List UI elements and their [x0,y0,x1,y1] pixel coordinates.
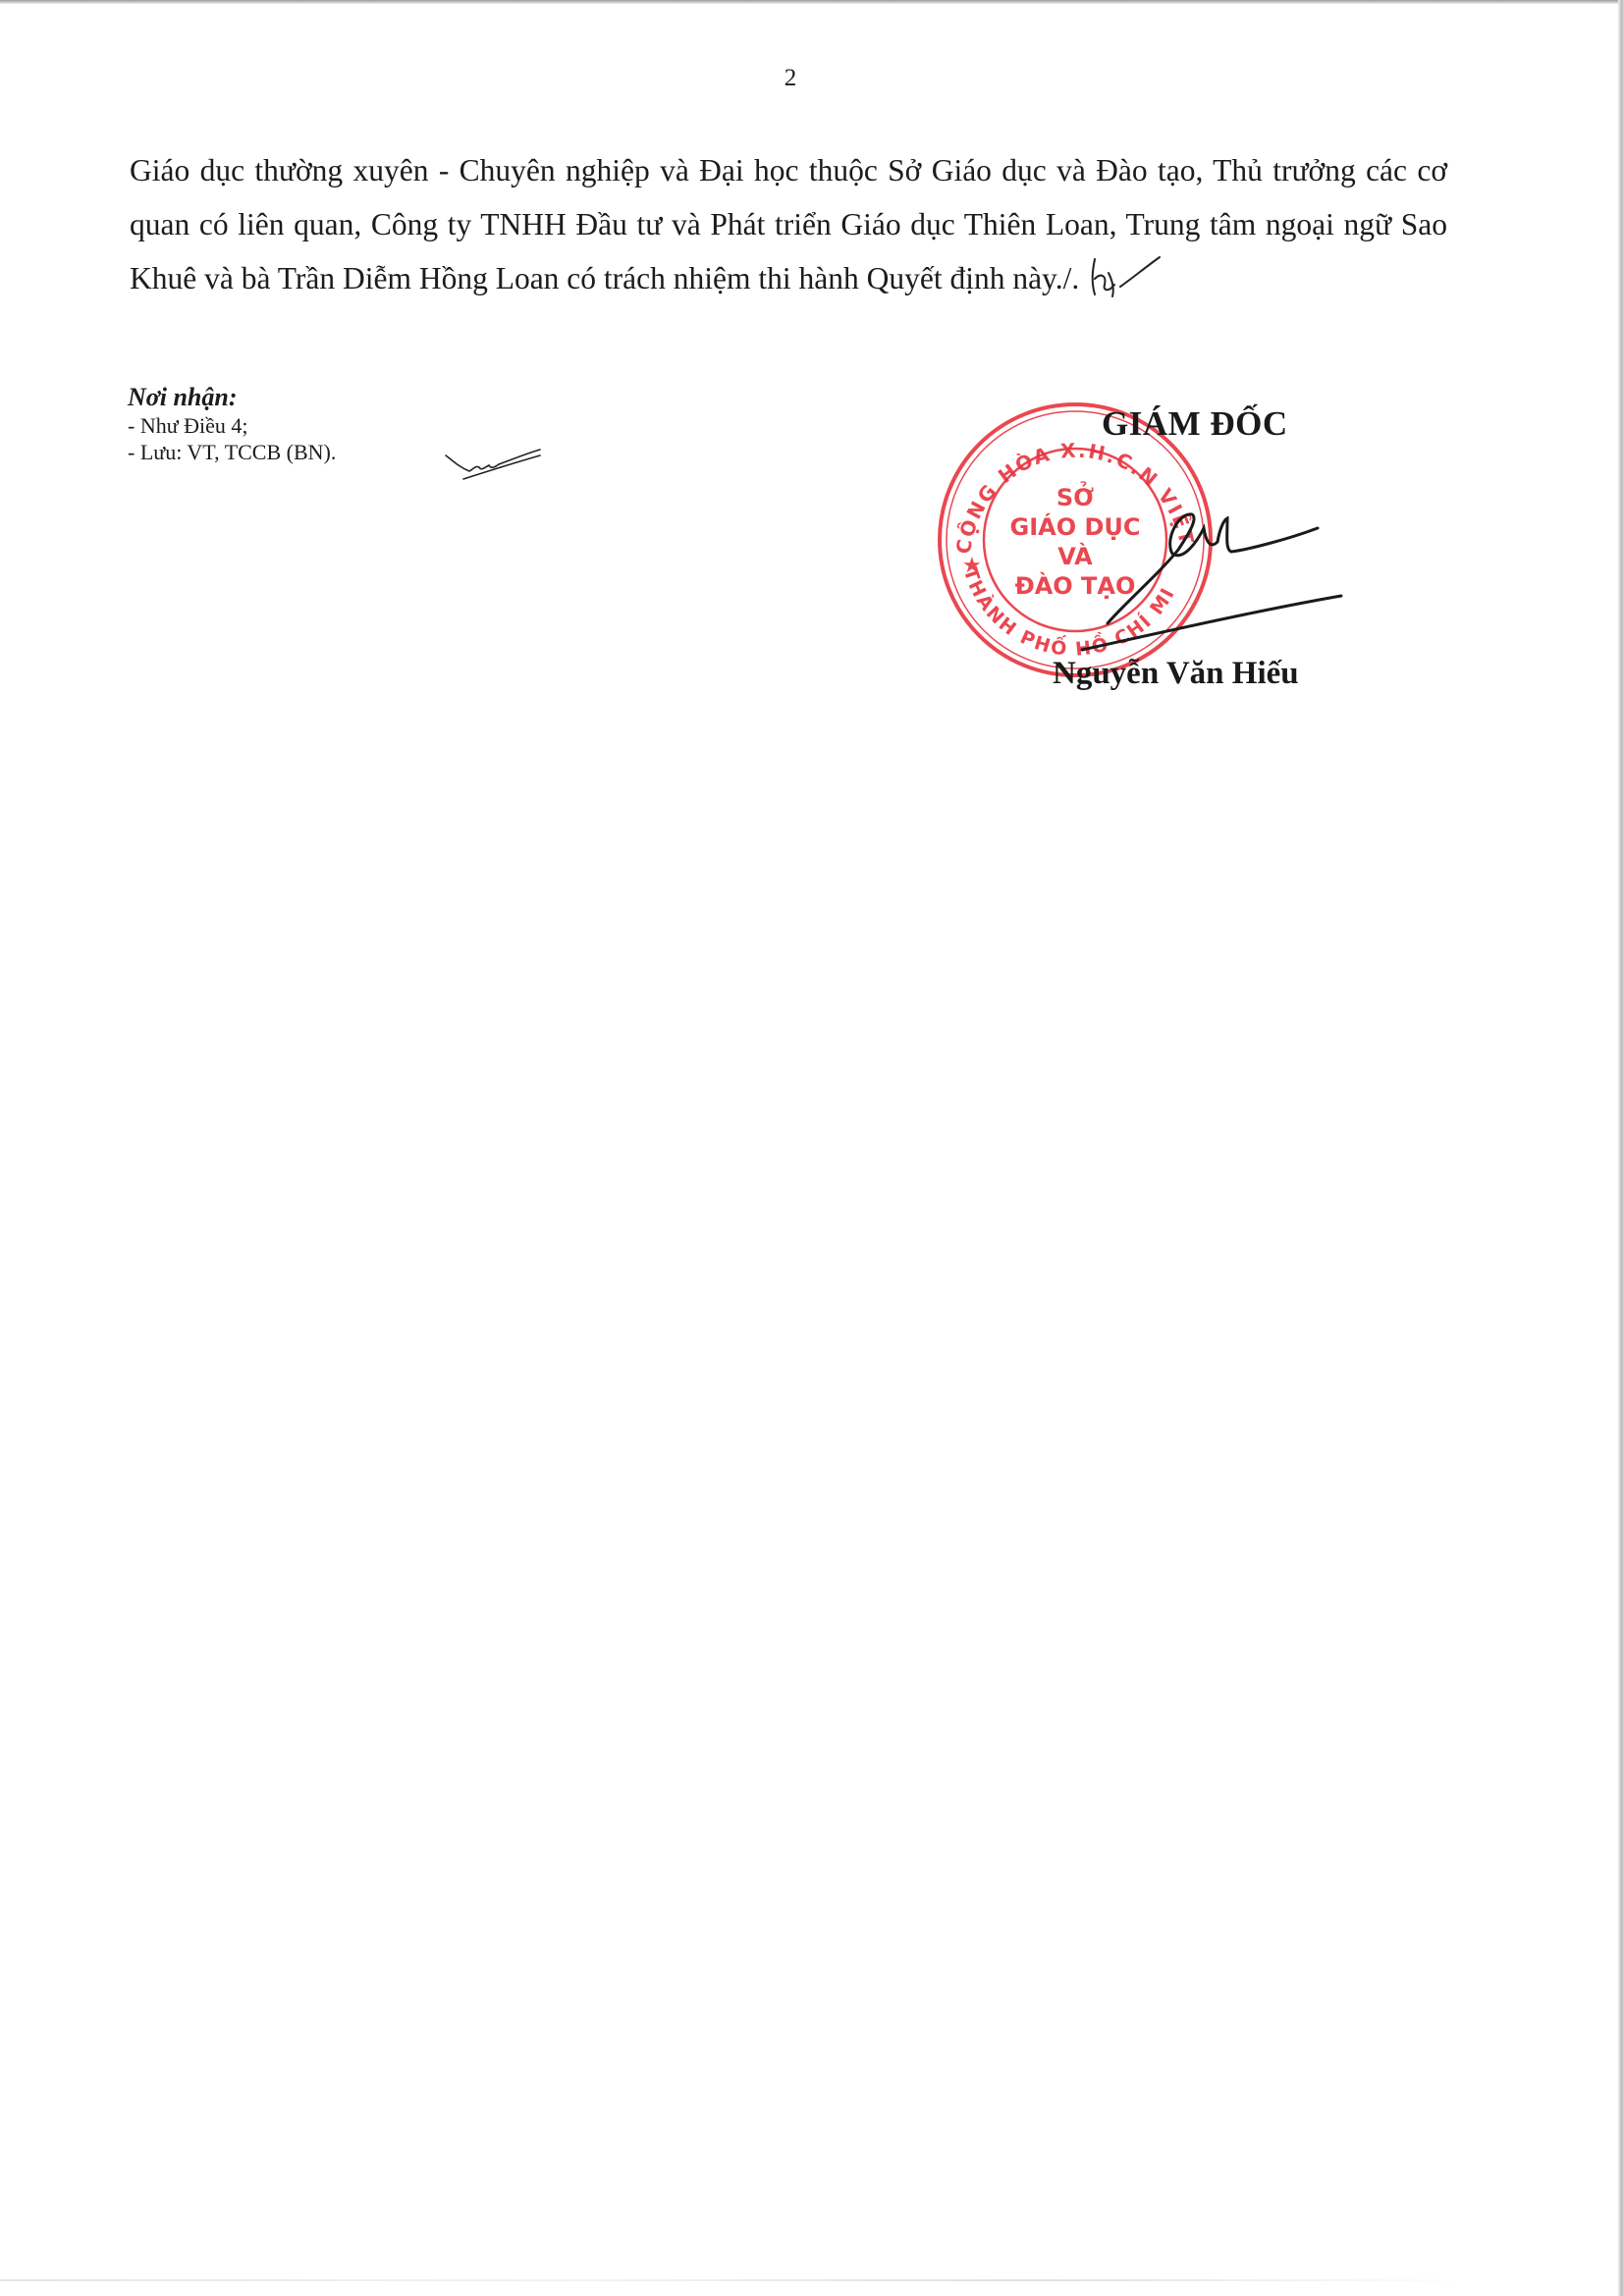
body-paragraph-text: Giáo dục thường xuyên - Chuyên nghiệp và… [130,153,1447,295]
body-paragraph: Giáo dục thường xuyên - Chuyên nghiệp và… [130,143,1447,305]
scan-edge-top [0,0,1624,4]
clerk-initial-icon [444,448,542,487]
signer-name: Nguyễn Văn Hiếu [1053,656,1299,692]
initial-signature-icon [1087,255,1175,298]
recipients-title: Nơi nhận: [128,383,336,412]
recipient-item: - Lưu: VT, TCCB (BN). [128,439,336,465]
recipients-section: Nơi nhận: - Như Điều 4; - Lưu: VT, TCCB … [128,383,336,465]
recipient-item: - Như Điều 4; [128,412,336,439]
signature-block: CỘNG HÒA X.H.C.N VIỆT NAM THÀNH PHỐ HỒ C… [933,393,1365,717]
scan-edge-right [1618,0,1624,2296]
scan-smudge-bottom [0,2279,1473,2281]
page-number: 2 [0,65,1581,92]
